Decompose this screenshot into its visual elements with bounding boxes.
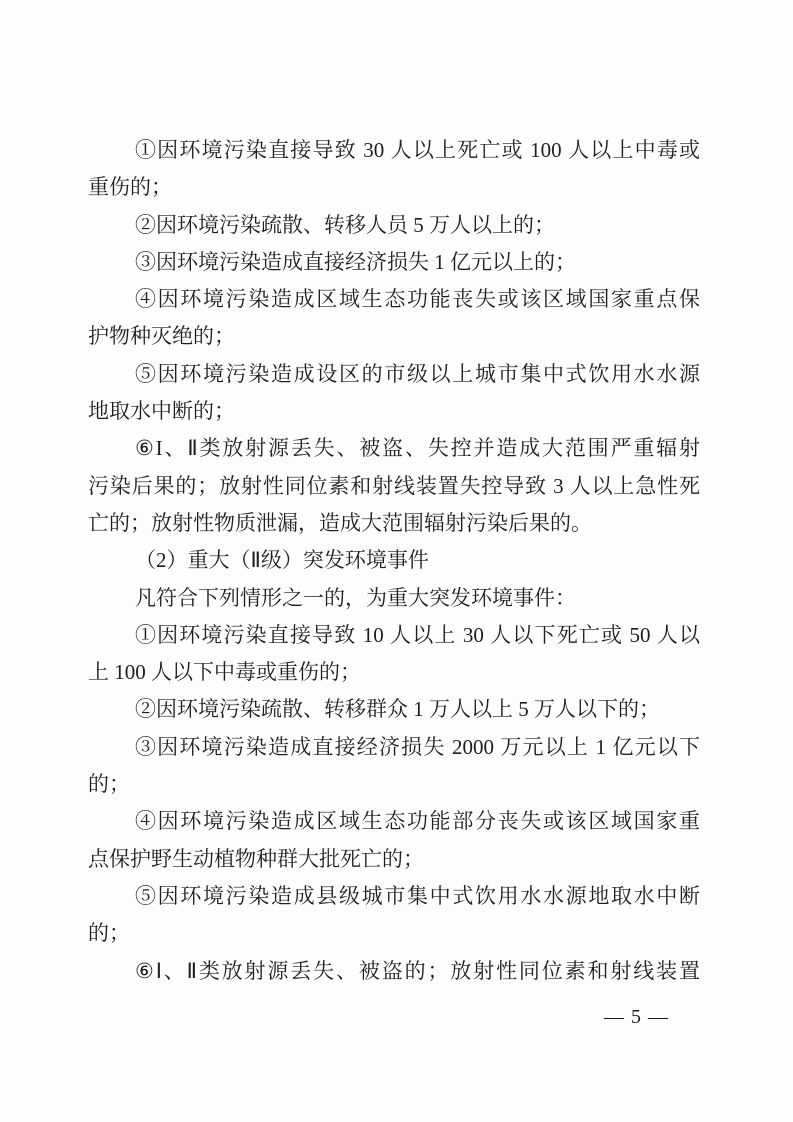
text-line: ①因环境污染直接导致 30 人以上死亡或 100 人以上中毒或 <box>88 132 700 169</box>
text-line: ③因环境污染造成直接经济损失 1 亿元以上的； <box>88 244 700 281</box>
text-line: 的； <box>88 915 700 952</box>
text-line: 污染后果的；放射性同位素和射线装置失控导致 3 人以上急性死 <box>88 468 700 505</box>
text-line: ⑥Ⅰ、Ⅱ类放射源丢失、被盗的；放射性同位素和射线装置 <box>88 953 700 990</box>
text-line: 护物种灭绝的； <box>88 318 700 355</box>
text-line: 点保护野生动植物种群大批死亡的； <box>88 841 700 878</box>
text-line: ⑥I、Ⅱ类放射源丢失、被盗、失控并造成大范围严重辐射 <box>88 430 700 467</box>
text-line: ②因环境污染疏散、转移群众 1 万人以上 5 万人以下的； <box>88 691 700 728</box>
text-line: 上 100 人以下中毒或重伤的； <box>88 654 700 691</box>
text-line: ⑤因环境污染造成设区的市级以上城市集中式饮用水水源 <box>88 356 700 393</box>
text-line: ①因环境污染直接导致 10 人以上 30 人以下死亡或 50 人以 <box>88 617 700 654</box>
text-line: 地取水中断的； <box>88 393 700 430</box>
text-line: 的； <box>88 766 700 803</box>
text-line: 亡的；放射性物质泄漏，造成大范围辐射污染后果的。 <box>88 505 700 542</box>
page-number: — 5 — <box>604 1006 669 1028</box>
text-line: 凡符合下列情形之一的，为重大突发环境事件： <box>88 580 700 617</box>
text-line: ③因环境污染造成直接经济损失 2000 万元以上 1 亿元以下 <box>88 729 700 766</box>
text-line: ②因环境污染疏散、转移人员 5 万人以上的； <box>88 207 700 244</box>
document-text: ①因环境污染直接导致 30 人以上死亡或 100 人以上中毒或重伤的；②因环境污… <box>88 132 700 990</box>
text-line: （2）重大（Ⅱ级）突发环境事件 <box>88 542 700 579</box>
text-line: ④因环境污染造成区域生态功能部分丧失或该区域国家重 <box>88 803 700 840</box>
text-line: ⑤因环境污染造成县级城市集中式饮用水水源地取水中断 <box>88 878 700 915</box>
text-line: ④因环境污染造成区域生态功能丧失或该区域国家重点保 <box>88 281 700 318</box>
document-page: ①因环境污染直接导致 30 人以上死亡或 100 人以上中毒或重伤的；②因环境污… <box>0 0 793 1122</box>
text-line: 重伤的； <box>88 169 700 206</box>
page-footer: — 5 — <box>604 1002 694 1032</box>
